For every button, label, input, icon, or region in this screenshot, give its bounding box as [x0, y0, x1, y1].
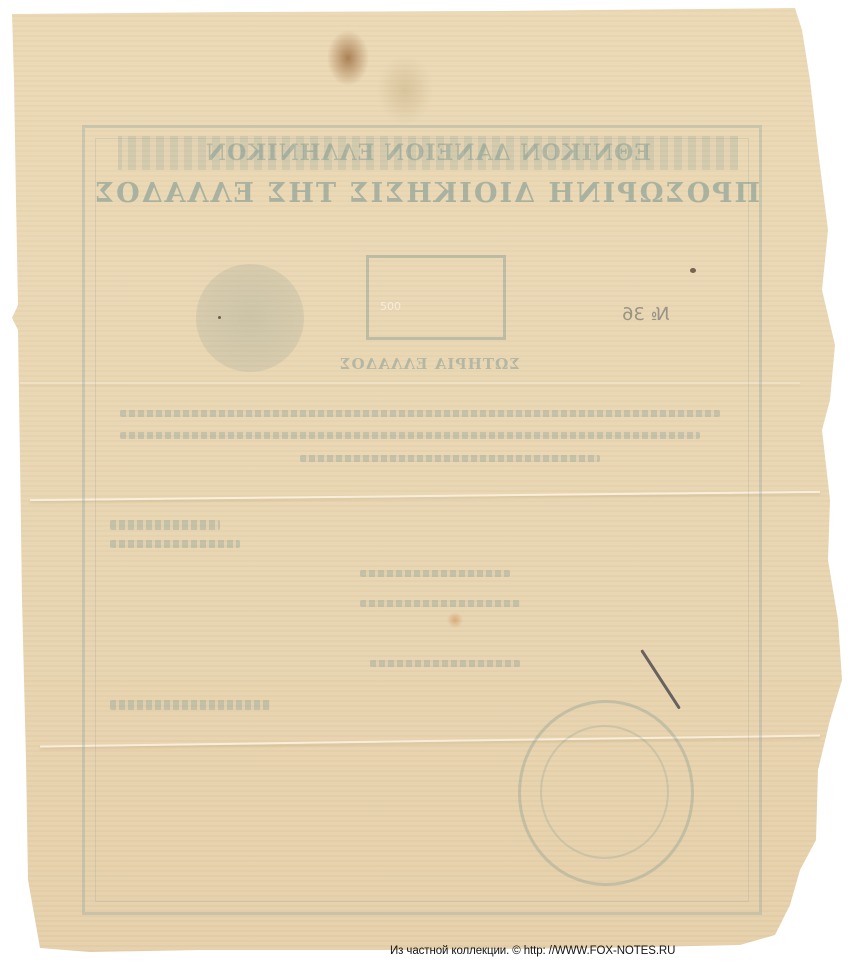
ink-dot [690, 268, 696, 273]
show-through-signature [110, 520, 220, 530]
round-seal [196, 264, 304, 372]
show-through-text-line [300, 455, 600, 462]
document-title: ΠΡΟΣΩΡΙΝΗ ΔΙΟΙΚΗΣΙΣ ΤΗΣ ΕΛΛΑΔΟΣ [100, 178, 760, 209]
show-through-text-line [120, 410, 720, 417]
collection-watermark: Из частной коллекции. © http: //WWW.FOX-… [390, 945, 675, 957]
show-through-text-line [360, 600, 520, 607]
serial-number: № 36 [622, 304, 669, 325]
show-through-signature [110, 540, 240, 548]
banknote-paper: ΕΘΝΙΚΟΝ ΔΑΝΕΙΟΝ ΕΛΛΗΝΙΚΟΝ ΠΡΟΣΩΡΙΝΗ ΔΙΟΙ… [0, 0, 860, 977]
oval-seal-inner [540, 725, 669, 859]
scan-stage: ΕΘΝΙΚΟΝ ΔΑΝΕΙΟΝ ΕΛΛΗΝΙΚΟΝ ΠΡΟΣΩΡΙΝΗ ΔΙΟΙ… [0, 0, 860, 977]
value-box [366, 255, 506, 340]
ink-dot [218, 316, 221, 319]
value-box-label: 500 [380, 300, 401, 313]
title-banner: ΕΘΝΙΚΟΝ ΔΑΝΕΙΟΝ ΕΛΛΗΝΙΚΟΝ [118, 136, 738, 170]
show-through-text-line [120, 432, 700, 439]
show-through-text-line [360, 570, 510, 577]
show-through-text-line [370, 660, 520, 667]
document-subtitle: ΣΩΤΗΡΙΑ ΕΛΛΑΔΟΣ [340, 355, 520, 373]
show-through-signature [110, 700, 270, 710]
